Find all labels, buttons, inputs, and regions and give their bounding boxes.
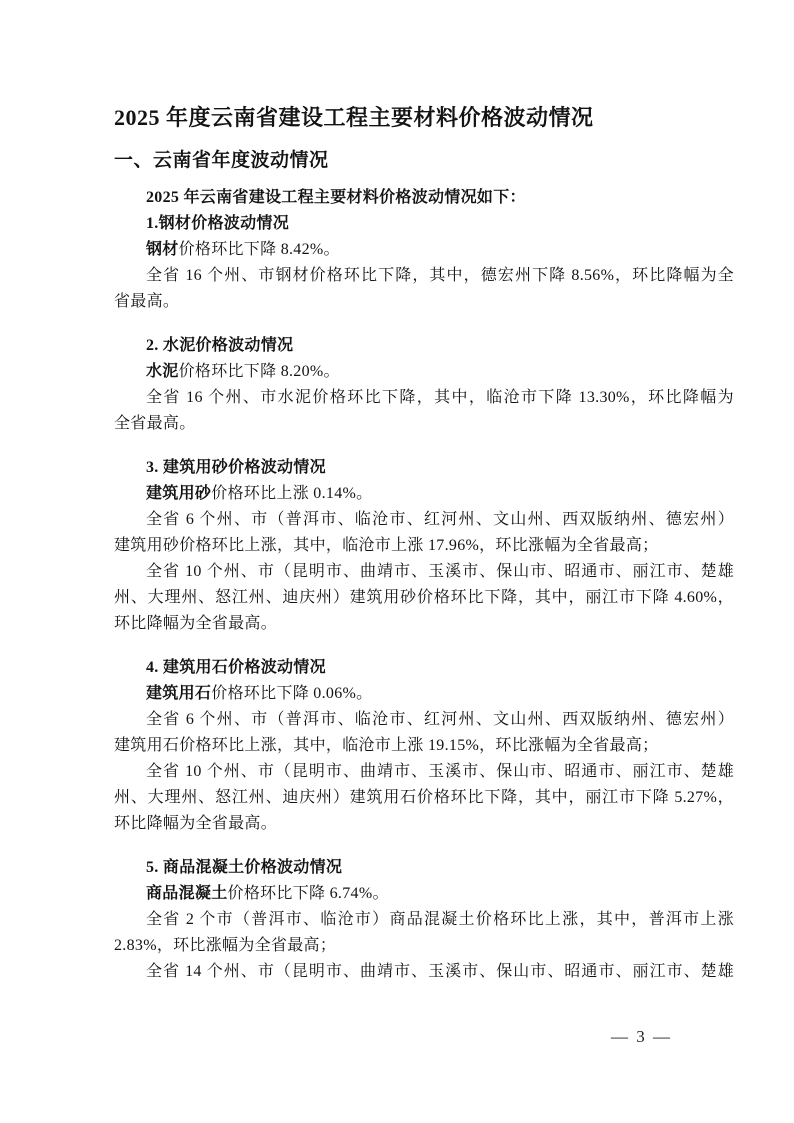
material-name: 建筑用石 [146, 685, 211, 702]
body-paragraph: 全省 10 个州、市（昆明市、曲靖市、玉溪市、保山市、昭通市、丽江市、楚雄州、大… [114, 759, 734, 837]
summary-text: 价格环比上涨 0.14%。 [211, 485, 372, 502]
material-section: 2. 水泥价格波动情况水泥价格环比下降 8.20%。全省 16 个州、市水泥价格… [114, 333, 734, 437]
document-page: 2025 年度云南省建设工程主要材料价格波动情况 一、云南省年度波动情况 202… [0, 0, 794, 1123]
summary-text: 价格环比下降 0.06%。 [211, 685, 372, 702]
material-section: 3. 建筑用砂价格波动情况建筑用砂价格环比上涨 0.14%。全省 6 个州、市（… [114, 455, 734, 637]
material-section: 5. 商品混凝土价格波动情况商品混凝土价格环比下降 6.74%。全省 2 个市（… [114, 855, 734, 985]
paragraph-line: 全省 16 个州、市钢材价格环比下降，其中，德宏州下降 8.56%，环比降幅为全 [114, 263, 734, 289]
section-heading-annual-fluctuation: 一、云南省年度波动情况 [114, 148, 734, 173]
material-summary: 水泥价格环比下降 8.20%。 [114, 359, 734, 385]
material-section-heading: 5. 商品混凝土价格波动情况 [114, 855, 734, 881]
paragraph-line: 环比降幅为全省最高。 [114, 811, 734, 837]
paragraph-line: 省最高。 [114, 289, 734, 315]
material-section-heading: 2. 水泥价格波动情况 [114, 333, 734, 359]
paragraph-line: 环比降幅为全省最高。 [114, 611, 734, 637]
material-section-heading: 4. 建筑用石价格波动情况 [114, 655, 734, 681]
summary-text: 价格环比下降 8.42%。 [179, 241, 340, 258]
paragraph-line: 全省 2 个市（普洱市、临沧市）商品混凝土价格环比上涨，其中，普洱市上涨 [114, 907, 734, 933]
paragraph-line: 全省 6 个州、市（普洱市、临沧市、红河州、文山州、西双版纳州、德宏州） [114, 707, 734, 733]
body-paragraph: 全省 6 个州、市（普洱市、临沧市、红河州、文山州、西双版纳州、德宏州）建筑用石… [114, 707, 734, 759]
document-content: 2025 年度云南省建设工程主要材料价格波动情况 一、云南省年度波动情况 202… [114, 0, 734, 985]
paragraph-line: 全省 6 个州、市（普洱市、临沧市、红河州、文山州、西双版纳州、德宏州） [114, 507, 734, 533]
paragraph-line: 全省 14 个州、市（昆明市、曲靖市、玉溪市、保山市、昭通市、丽江市、楚雄 [114, 959, 734, 985]
paragraph-line: 州、大理州、怒江州、迪庆州）建筑用石价格环比下降，其中，丽江市下降 5.27%， [114, 785, 734, 811]
material-sections-container: 1.钢材价格波动情况钢材价格环比下降 8.42%。全省 16 个州、市钢材价格环… [114, 211, 734, 985]
material-section: 4. 建筑用石价格波动情况建筑用石价格环比下降 0.06%。全省 6 个州、市（… [114, 655, 734, 837]
paragraph-line: 全省 16 个州、市水泥价格环比下降，其中，临沧市下降 13.30%，环比降幅为 [114, 385, 734, 411]
material-section-heading: 3. 建筑用砂价格波动情况 [114, 455, 734, 481]
paragraph-line: 全省 10 个州、市（昆明市、曲靖市、玉溪市、保山市、昭通市、丽江市、楚雄 [114, 759, 734, 785]
body-paragraph: 全省 2 个市（普洱市、临沧市）商品混凝土价格环比上涨，其中，普洱市上涨2.83… [114, 907, 734, 959]
page-number: — 3 — [611, 1024, 672, 1050]
paragraph-line: 2.83%，环比涨幅为全省最高； [114, 933, 734, 959]
material-section: 1.钢材价格波动情况钢材价格环比下降 8.42%。全省 16 个州、市钢材价格环… [114, 211, 734, 315]
body-paragraph: 全省 10 个州、市（昆明市、曲靖市、玉溪市、保山市、昭通市、丽江市、楚雄州、大… [114, 559, 734, 637]
paragraph-line: 全省 10 个州、市（昆明市、曲靖市、玉溪市、保山市、昭通市、丽江市、楚雄 [114, 559, 734, 585]
material-section-heading: 1.钢材价格波动情况 [114, 211, 734, 237]
material-summary: 商品混凝土价格环比下降 6.74%。 [114, 881, 734, 907]
body-paragraph: 全省 6 个州、市（普洱市、临沧市、红河州、文山州、西双版纳州、德宏州）建筑用砂… [114, 507, 734, 559]
material-summary: 建筑用石价格环比下降 0.06%。 [114, 681, 734, 707]
body-paragraph: 全省 16 个州、市钢材价格环比下降，其中，德宏州下降 8.56%，环比降幅为全… [114, 263, 734, 315]
summary-text: 价格环比下降 8.20%。 [179, 363, 340, 380]
intro-paragraph: 2025 年云南省建设工程主要材料价格波动情况如下： [114, 185, 734, 211]
summary-text: 价格环比下降 6.74%。 [228, 885, 389, 902]
material-name: 建筑用砂 [146, 485, 211, 502]
material-summary: 钢材价格环比下降 8.42%。 [114, 237, 734, 263]
paragraph-line: 建筑用石价格环比上涨，其中，临沧市上涨 19.15%，环比涨幅为全省最高； [114, 733, 734, 759]
body-paragraph: 全省 14 个州、市（昆明市、曲靖市、玉溪市、保山市、昭通市、丽江市、楚雄 [114, 959, 734, 985]
material-name: 商品混凝土 [146, 885, 228, 902]
material-summary: 建筑用砂价格环比上涨 0.14%。 [114, 481, 734, 507]
material-name: 钢材 [146, 241, 179, 258]
material-name: 水泥 [146, 363, 179, 380]
document-title: 2025 年度云南省建设工程主要材料价格波动情况 [114, 0, 734, 133]
paragraph-line: 全省最高。 [114, 411, 734, 437]
paragraph-line: 建筑用砂价格环比上涨，其中，临沧市上涨 17.96%，环比涨幅为全省最高； [114, 533, 734, 559]
body-paragraph: 全省 16 个州、市水泥价格环比下降，其中，临沧市下降 13.30%，环比降幅为… [114, 385, 734, 437]
paragraph-line: 州、大理州、怒江州、迪庆州）建筑用砂价格环比下降，其中，丽江市下降 4.60%， [114, 585, 734, 611]
